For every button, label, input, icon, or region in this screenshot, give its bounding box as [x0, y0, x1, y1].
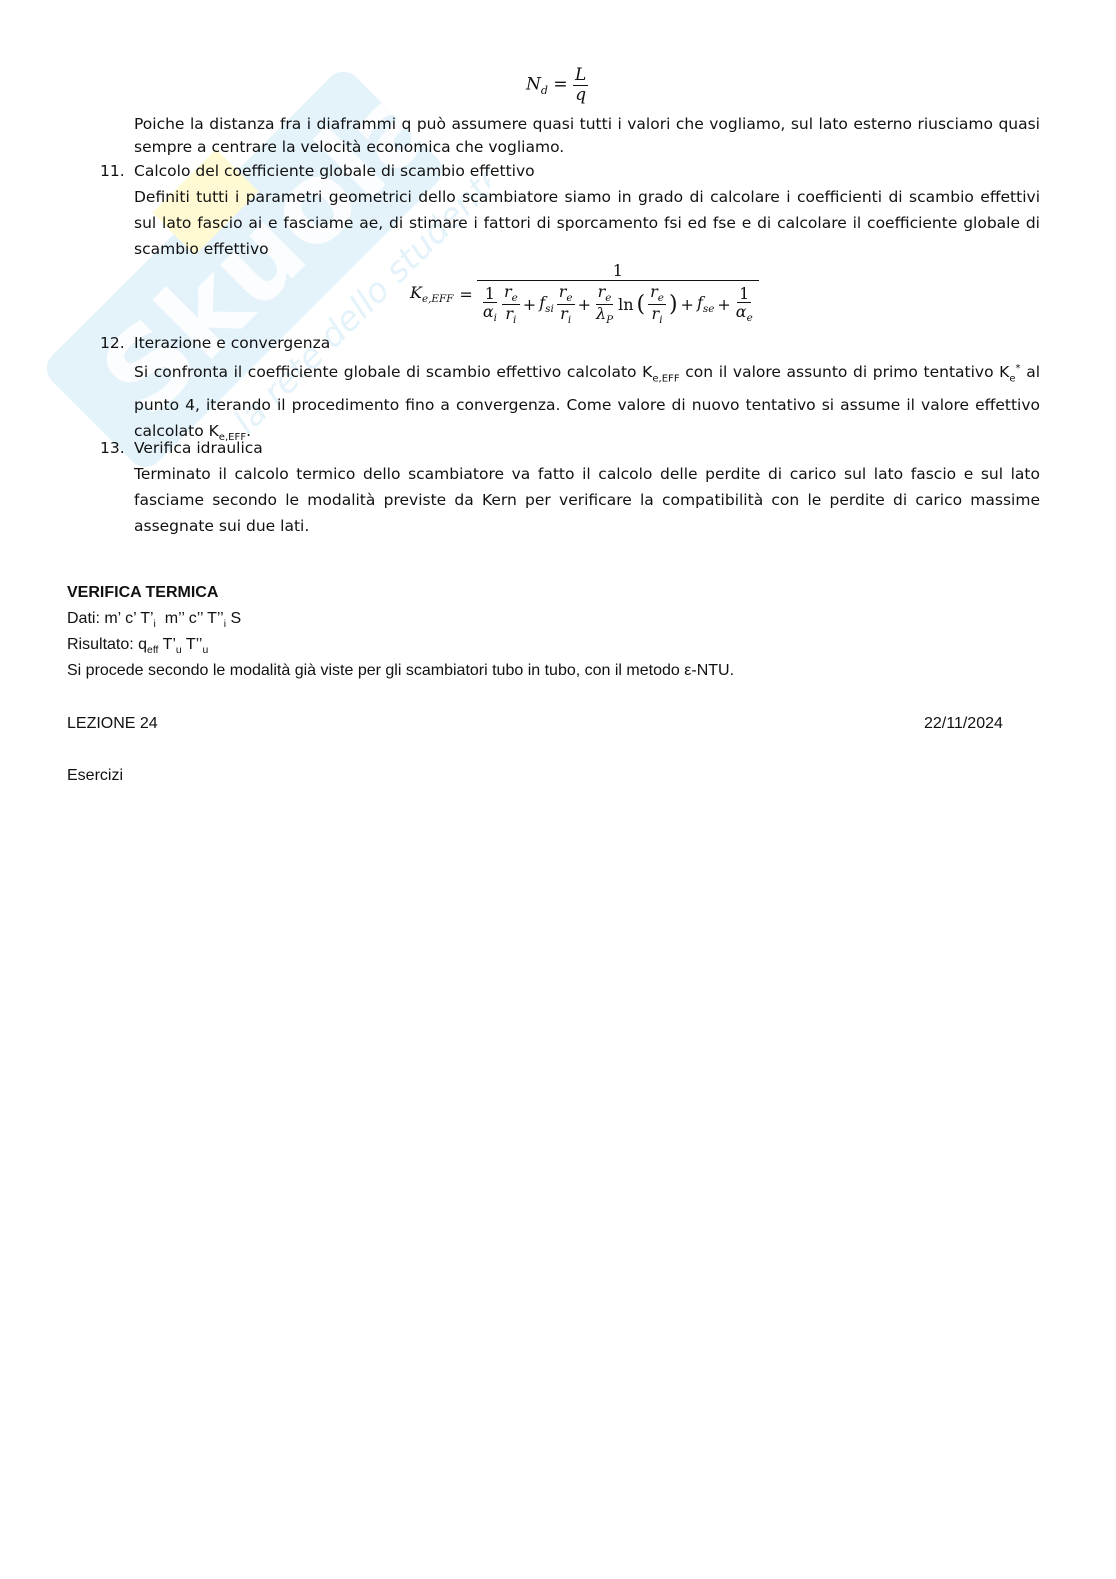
verifica-procede: Si procede secondo le modalità già viste…	[67, 662, 734, 680]
item-12-number: 12.	[100, 330, 125, 356]
item-11-number: 11.	[100, 158, 125, 184]
esercizi-heading: Esercizi	[67, 767, 123, 785]
item-13-title: Verifica idraulica	[134, 435, 1040, 461]
verifica-risultato: Risultato: qeff T’u T’’u	[67, 636, 208, 656]
lezione-label: LEZIONE 24	[67, 715, 158, 733]
lezione-date: 22/11/2024	[924, 715, 1003, 733]
intro-paragraph: Poiche la distanza fra i diaframmi q può…	[134, 113, 1040, 159]
item-12-title: Iterazione e convergenza	[134, 330, 1040, 356]
formula-k-eff: Ke,EFF = 1 1αi reri + fsi reri + reλP ln…	[410, 262, 757, 327]
item-13-body: Terminato il calcolo termico dello scamb…	[134, 461, 1040, 539]
item-11-body: Definiti tutti i parametri geometrici de…	[134, 184, 1040, 262]
formula-nd: Nd = Lq	[526, 66, 588, 104]
item-11-title: Calcolo del coefficiente globale di scam…	[134, 158, 1040, 184]
verifica-dati: Dati: m’ c’ T’i m’’ c’’ T’’i S	[67, 610, 241, 630]
item-13-number: 13.	[100, 435, 125, 461]
verifica-heading: VERIFICA TERMICA	[67, 584, 218, 602]
